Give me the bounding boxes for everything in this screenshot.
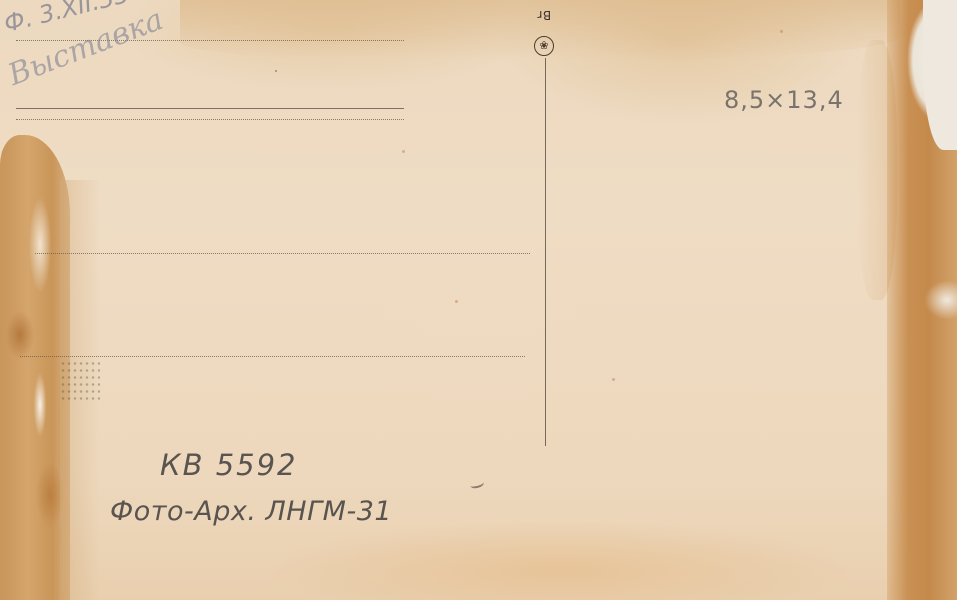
stain-speck [455, 300, 458, 303]
dimensions-annotation: 8,5×13,4 [724, 86, 844, 114]
publisher-mark: Br [531, 8, 557, 22]
message-line-4 [35, 253, 530, 254]
message-line-2 [16, 108, 404, 109]
stain-speck [402, 150, 405, 153]
ink-smudge [469, 478, 485, 489]
message-line-3 [16, 119, 404, 120]
archive-annotation: Фото-Арх. ЛНГМ-31 [110, 496, 392, 527]
postcard-back: Br ❀ Ф. 3.XII.33 Выставка 8,5×13,4 КВ 55… [0, 0, 957, 600]
mold-specks [60, 360, 100, 400]
stain-speck [612, 378, 615, 381]
stain-speck [275, 70, 277, 72]
center-divider [545, 58, 546, 446]
inventory-number: КВ 5592 [160, 448, 298, 482]
stain-speck [780, 30, 783, 33]
publisher-logo-icon: ❀ [534, 36, 554, 56]
message-line-5 [20, 356, 525, 357]
